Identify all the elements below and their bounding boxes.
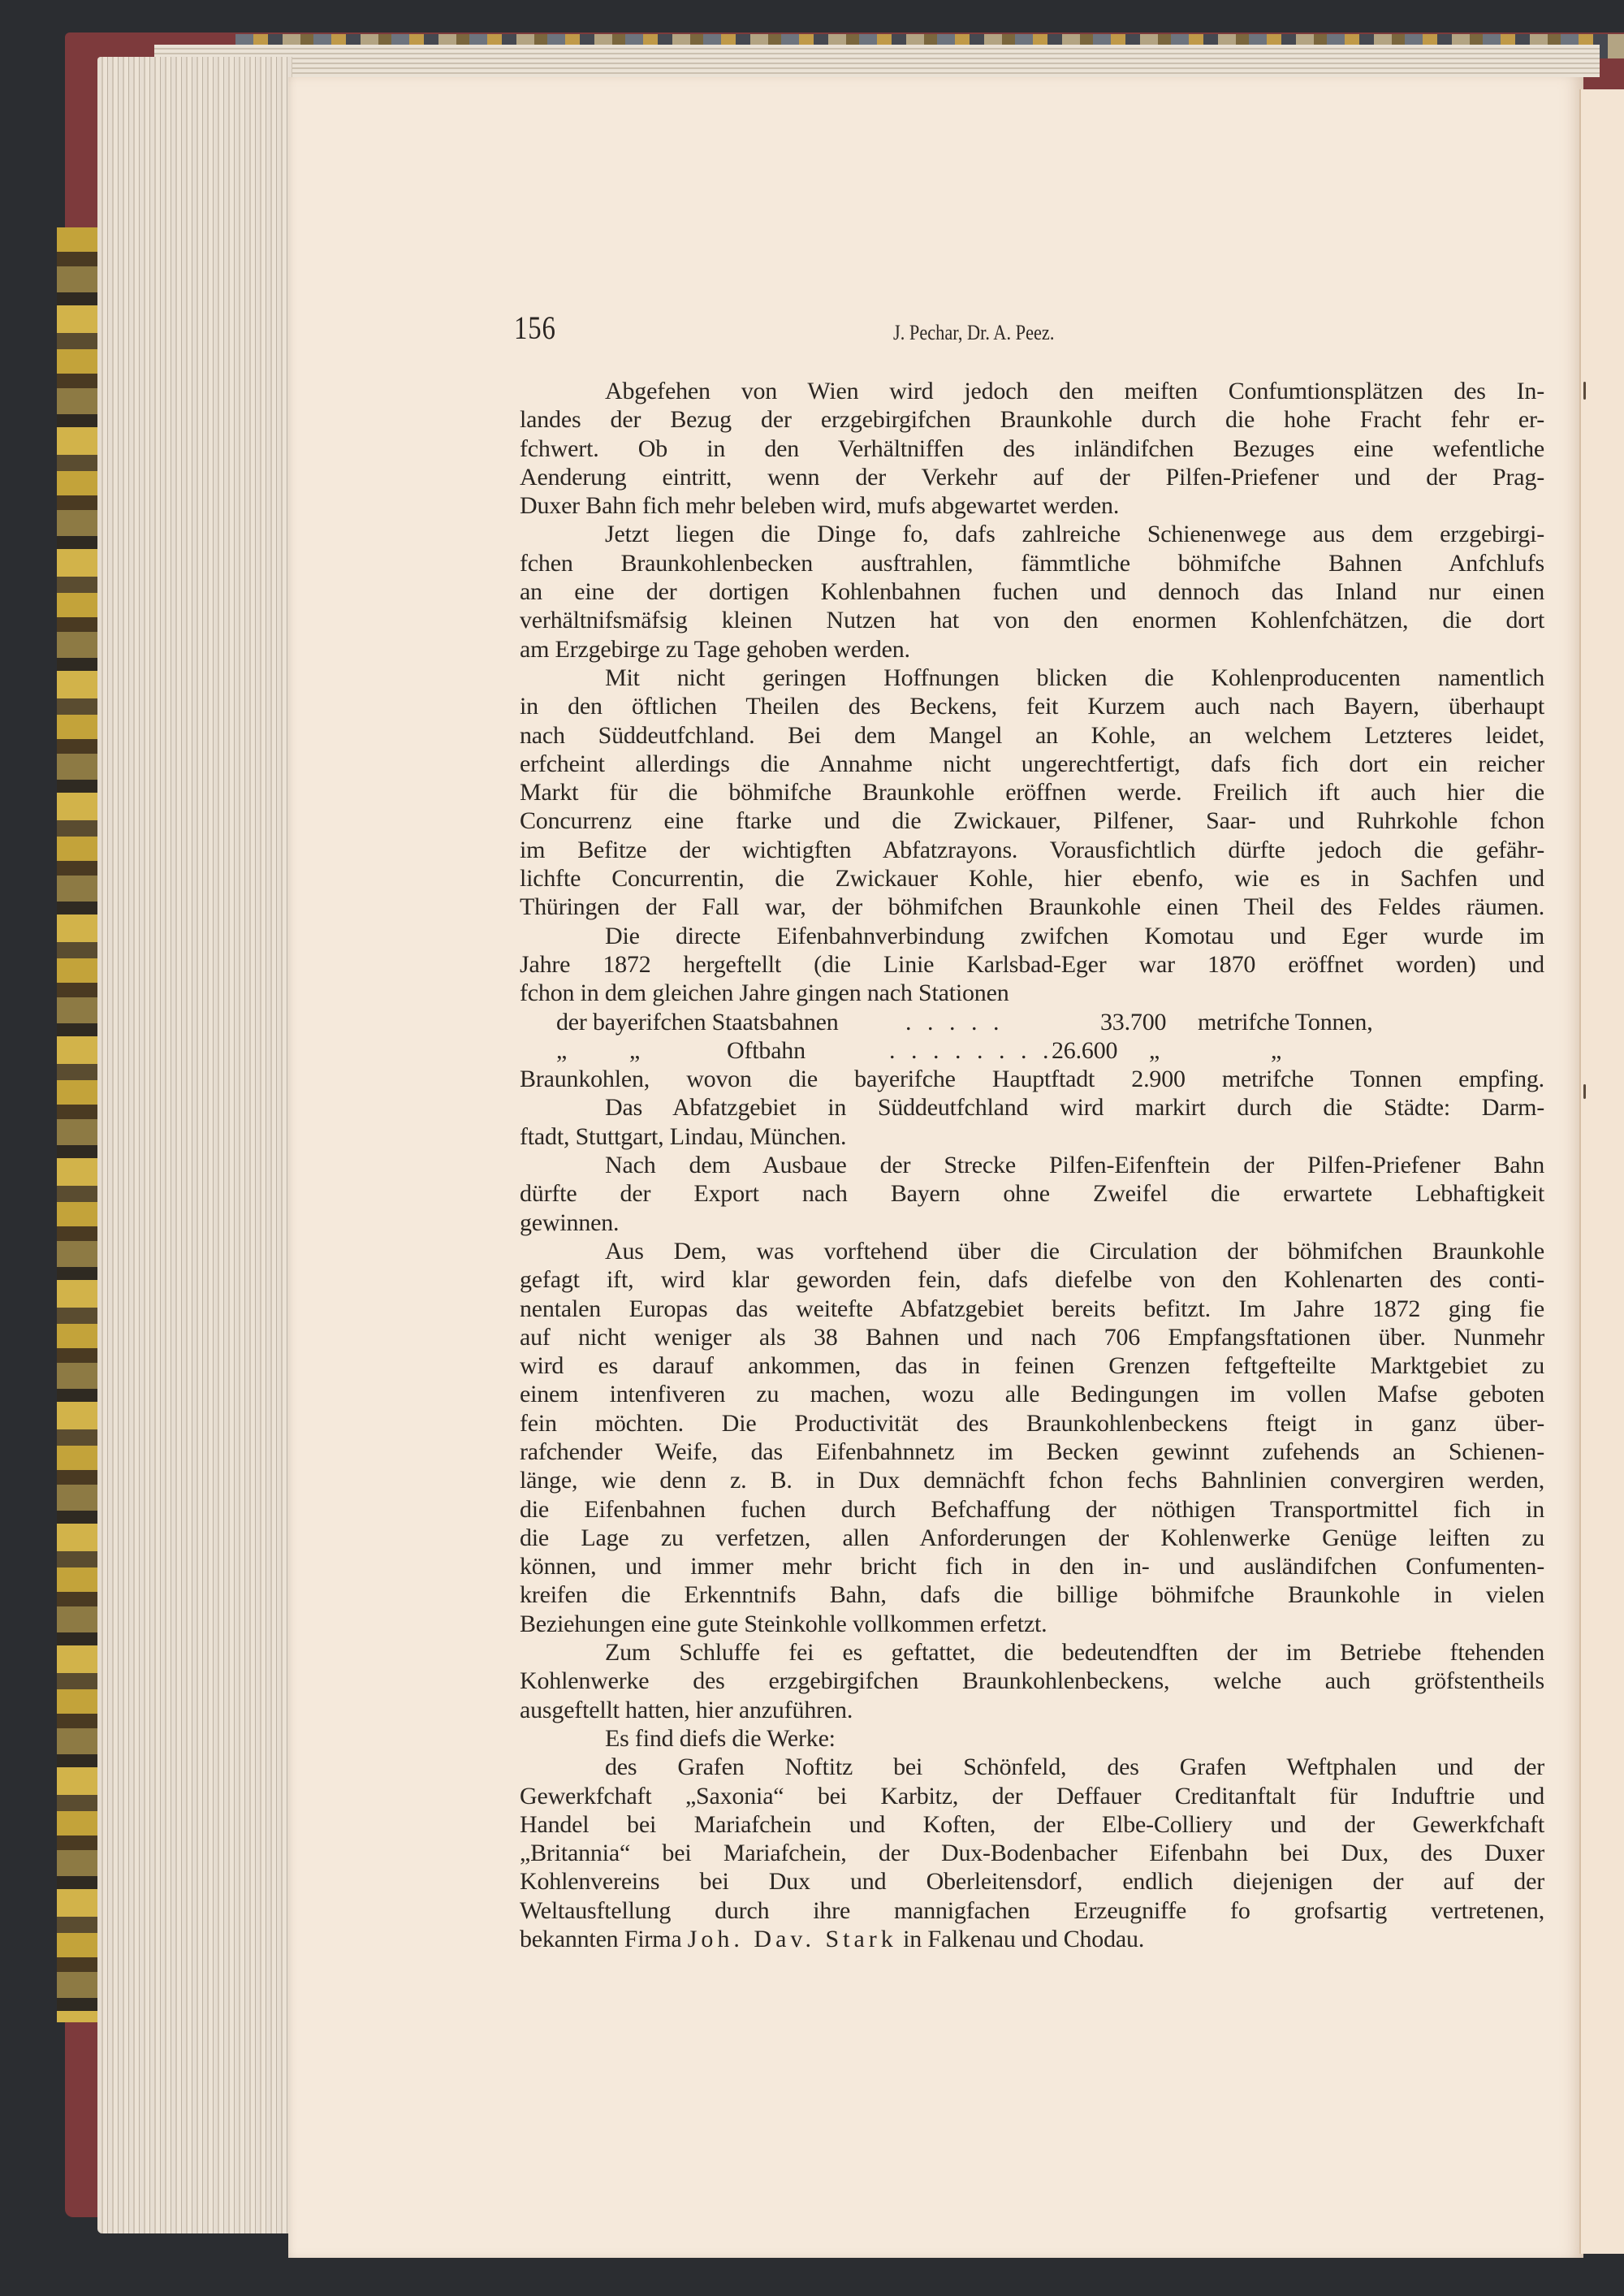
text-line: fchon in dem gleichen Jahre gingen nach …: [520, 979, 1544, 1007]
text-line: in den öftlichen Theilen des Beckens, fe…: [520, 692, 1544, 720]
paragraph: Mit nicht geringen Hoffnungen blicken di…: [520, 664, 1544, 922]
ditto-mark: „: [1271, 1036, 1393, 1065]
text-line: Jahre 1872 hergeftellt (die Linie Karlsb…: [520, 950, 1544, 979]
row-value: 26.600: [1052, 1036, 1149, 1065]
text-fragment: bekannten Firma: [520, 1926, 688, 1952]
ditto-mark: „: [629, 1036, 702, 1065]
paragraph: Braunkohlen, wovon die bayerifche Hauptf…: [520, 1065, 1544, 1093]
text-line: am Erzgebirge zu Tage gehoben werden.: [520, 635, 1544, 664]
text-line: Markt für die böhmifche Braunkohle eröff…: [520, 778, 1544, 806]
text-line: Kohlenwerke des erzgebirgifchen Braunkoh…: [520, 1667, 1544, 1695]
text-line: auf nicht weniger als 38 Bahnen und nach…: [520, 1323, 1544, 1351]
facing-page-edge: [1579, 89, 1624, 2254]
row-unit: metrifche Tonnen,: [1198, 1008, 1373, 1036]
page-stack-top-edge: [154, 45, 1600, 77]
text-line: ausgeftellt hatten, hier anzuführen.: [520, 1696, 1544, 1724]
text-line: einem intenfiveren zu machen, wozu alle …: [520, 1380, 1544, 1408]
text-line: Handel bei Mariafchein und Koften, der E…: [520, 1810, 1544, 1839]
page-number: 156: [514, 309, 556, 347]
text-fragment: in Falkenau und Chodau.: [897, 1926, 1144, 1952]
text-line: Aenderung eintritt, wenn der Verkehr auf…: [520, 463, 1544, 491]
text-line: an eine der dortigen Kohlenbahnen fuchen…: [520, 577, 1544, 606]
text-line: landes der Bezug der erzgebirgifchen Bra…: [520, 405, 1544, 434]
text-line: fchen Braunkohlenbecken ausftrahlen, fäm…: [520, 549, 1544, 577]
text-line: kreifen die Erkenntnifs Bahn, dafs die b…: [520, 1580, 1544, 1609]
text-line: gefagt ift, wird klar geworden fein, daf…: [520, 1265, 1544, 1294]
text-line: gewinnen.: [520, 1209, 1544, 1237]
running-head: J. Pechar, Dr. A. Peez.: [893, 321, 1054, 345]
text-line: Aus Dem, was vorftehend über die Circula…: [520, 1237, 1544, 1265]
row-label: der bayerifchen Staatsbahnen: [556, 1008, 905, 1036]
leader-dots: . . . . . . . .: [889, 1036, 1052, 1065]
table-row: „„Oftbahn. . . . . . . .26.600„„: [520, 1036, 1544, 1065]
text-line: nentalen Europas das weitefte Abfatzgebi…: [520, 1295, 1544, 1323]
text-line: fein möchten. Die Productivität des Brau…: [520, 1409, 1544, 1438]
text-line: nach Süddeutfchland. Bei dem Mangel an K…: [520, 721, 1544, 750]
text-line: die Lage zu verfetzen, allen Anforderung…: [520, 1524, 1544, 1552]
text-line: Die directe Eifenbahnverbindung zwifchen…: [520, 922, 1544, 950]
text-line: Es find diefs die Werke:: [520, 1724, 1544, 1753]
text-line: Braunkohlen, wovon die bayerifche Hauptf…: [520, 1065, 1544, 1093]
page-edge-mark: [1583, 1084, 1586, 1099]
paragraph: Es find diefs die Werke:: [520, 1724, 1544, 1753]
text-line: können, und immer mehr bricht fich in de…: [520, 1552, 1544, 1580]
text-line: Gewerkfchaft „Saxonia“ bei Karbitz, der …: [520, 1782, 1544, 1810]
text-line: Concurrenz eine ftarke und die Zwickauer…: [520, 806, 1544, 835]
row-value: 33.700: [1100, 1008, 1198, 1036]
page-stack-fore-edge: [97, 57, 292, 2233]
firm-name: Joh. Dav. Stark: [688, 1926, 897, 1952]
marbled-board-left: [57, 227, 97, 2022]
text-line: länge, wie denn z. B. in Dux demnächft f…: [520, 1466, 1544, 1494]
text-line: Nach dem Ausbaue der Strecke Pilfen-Eife…: [520, 1151, 1544, 1179]
paragraph: Abgefehen von Wien wird jedoch den meift…: [520, 377, 1544, 520]
text-line: ftadt, Stuttgart, Lindau, München.: [520, 1122, 1544, 1151]
text-line: Das Abfatzgebiet in Süddeutfchland wird …: [520, 1093, 1544, 1122]
text-line: dürfte der Export nach Bayern ohne Zweif…: [520, 1179, 1544, 1208]
text-line: Abgefehen von Wien wird jedoch den meift…: [520, 377, 1544, 405]
text-line: bekannten Firma Joh. Dav. Stark in Falke…: [520, 1925, 1544, 1953]
text-line: die Eifenbahnen fuchen durch Befchaffung…: [520, 1495, 1544, 1524]
paragraph: des Grafen Noftitz bei Schönfeld, des Gr…: [520, 1753, 1544, 1953]
paragraph: Das Abfatzgebiet in Süddeutfchland wird …: [520, 1093, 1544, 1151]
text-line: wird es darauf ankommen, das in feinen G…: [520, 1351, 1544, 1380]
ditto-mark: „: [556, 1036, 629, 1065]
text-line: im Befitze der wichtigften Abfatzrayons.…: [520, 836, 1544, 864]
text-line: Zum Schluffe fei es geftattet, die bedeu…: [520, 1638, 1544, 1667]
text-line: lichfte Concurrentin, die Zwickauer Kohl…: [520, 864, 1544, 893]
paragraph: Nach dem Ausbaue der Strecke Pilfen-Eife…: [520, 1151, 1544, 1237]
text-line: verhältnifsmäfsig kleinen Nutzen hat von…: [520, 606, 1544, 634]
page-edge-mark: [1583, 382, 1586, 400]
text-line: Beziehungen eine gute Steinkohle vollkom…: [520, 1610, 1544, 1638]
text-line: erfcheint allerdings die Annahme nicht u…: [520, 750, 1544, 778]
text-line: fchwert. Ob in den Verhältniffen des inl…: [520, 435, 1544, 463]
text-line: Kohlenvereins bei Dux und Oberleitensdor…: [520, 1867, 1544, 1896]
text-line: Jetzt liegen die Dinge fo, dafs zahlreic…: [520, 520, 1544, 548]
paragraph: Jetzt liegen die Dinge fo, dafs zahlreic…: [520, 520, 1544, 663]
paragraph: Die directe Eifenbahnverbindung zwifchen…: [520, 922, 1544, 1008]
paragraph: Aus Dem, was vorftehend über die Circula…: [520, 1237, 1544, 1638]
ditto-mark: „: [1149, 1036, 1271, 1065]
row-label: Oftbahn: [702, 1036, 889, 1065]
text-line: Mit nicht geringen Hoffnungen blicken di…: [520, 664, 1544, 692]
text-line: „Britannia“ bei Mariafchein, der Dux-Bod…: [520, 1839, 1544, 1867]
text-line: Thüringen der Fall war, der böhmifchen B…: [520, 893, 1544, 921]
body-text: Abgefehen von Wien wird jedoch den meift…: [520, 377, 1544, 1953]
text-line: rafchender Weife, das Eifenbahnnetz im B…: [520, 1438, 1544, 1466]
leader-dots: . . . . .: [905, 1008, 1100, 1036]
text-line: Duxer Bahn fich mehr beleben wird, mufs …: [520, 491, 1544, 520]
paragraph: Zum Schluffe fei es geftattet, die bedeu…: [520, 1638, 1544, 1724]
table-row: der bayerifchen Staatsbahnen. . . . .33.…: [520, 1008, 1544, 1036]
shipments-table: der bayerifchen Staatsbahnen. . . . .33.…: [520, 1008, 1544, 1066]
text-line: Weltausftellung durch ihre mannigfachen …: [520, 1896, 1544, 1925]
text-line: des Grafen Noftitz bei Schönfeld, des Gr…: [520, 1753, 1544, 1781]
